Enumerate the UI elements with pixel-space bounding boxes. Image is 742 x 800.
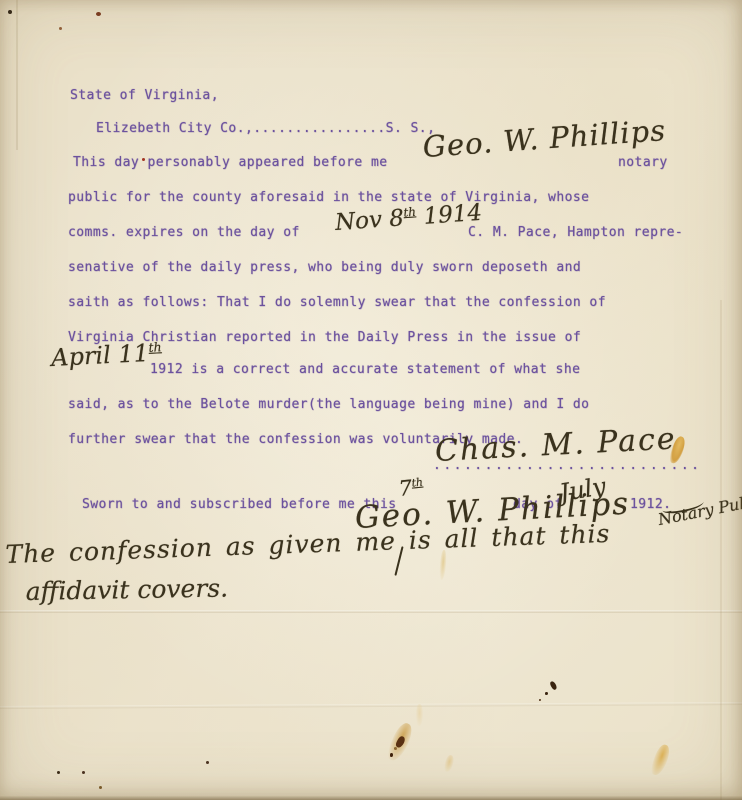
tan-stain [416, 704, 423, 726]
tan-stain [443, 754, 455, 772]
handwritten-note-line2: affidavit covers. [25, 573, 228, 606]
tan-stain [649, 743, 672, 778]
typed-line-1912: 1912 is a correct and accurate statement… [150, 362, 580, 378]
issue-day-ordinal: th [148, 339, 162, 355]
vertical-fold-crease [16, 0, 18, 150]
typed-line-saith: saith as follows: That I do solemnly swe… [68, 295, 606, 311]
commission-year: 1914 [415, 200, 483, 231]
typed-line-pace: C. M. Pace, Hampton repre- [468, 225, 683, 241]
typed-line-county: Elizebeth City Co.,................S. S.… [96, 121, 435, 137]
horizontal-fold-crease [0, 610, 742, 613]
ink-speck [206, 761, 209, 764]
typed-line-comms: comms. expires on the day of [68, 225, 300, 241]
ink-splatter-stain [545, 692, 548, 695]
ink-speck [8, 10, 12, 14]
red-ink-speck [142, 158, 145, 161]
typed-line-sworn: Sworn to and subscribed before me this [82, 497, 397, 513]
horizontal-fold-crease [0, 702, 742, 709]
tan-stain [439, 550, 447, 580]
typed-line-public: public for the county aforesaid in the s… [68, 190, 589, 206]
typed-line-belote: said, as to the Belote murder(the langua… [68, 397, 589, 413]
ink-splatter-stain [549, 680, 558, 690]
ink-splatter-stain [539, 699, 541, 701]
ink-speck [96, 12, 101, 16]
ink-speck [99, 786, 102, 789]
typed-word-notary: notary [618, 155, 668, 171]
sworn-day-ordinal: th [411, 476, 424, 490]
affidavit-document: State of Virginia, Elizebeth City Co.,..… [0, 0, 742, 800]
vertical-fold-crease [720, 300, 722, 800]
typed-line-state: State of Virginia, [70, 88, 219, 104]
ink-speck [57, 771, 60, 774]
ink-speck [59, 27, 62, 30]
typed-line-appeared: This day personably appeared before me [73, 155, 388, 171]
commission-day: Nov 8 [334, 205, 405, 236]
typed-line-senative: senative of the daily press, who being d… [68, 260, 581, 276]
handwritten-issue-date: April 11th [51, 338, 163, 372]
handwritten-note-line1: The confession as given me is all that t… [5, 519, 611, 569]
issue-month-day: April 11 [51, 339, 150, 372]
paper-bottom-edge [0, 796, 742, 800]
ink-speck [82, 771, 85, 774]
